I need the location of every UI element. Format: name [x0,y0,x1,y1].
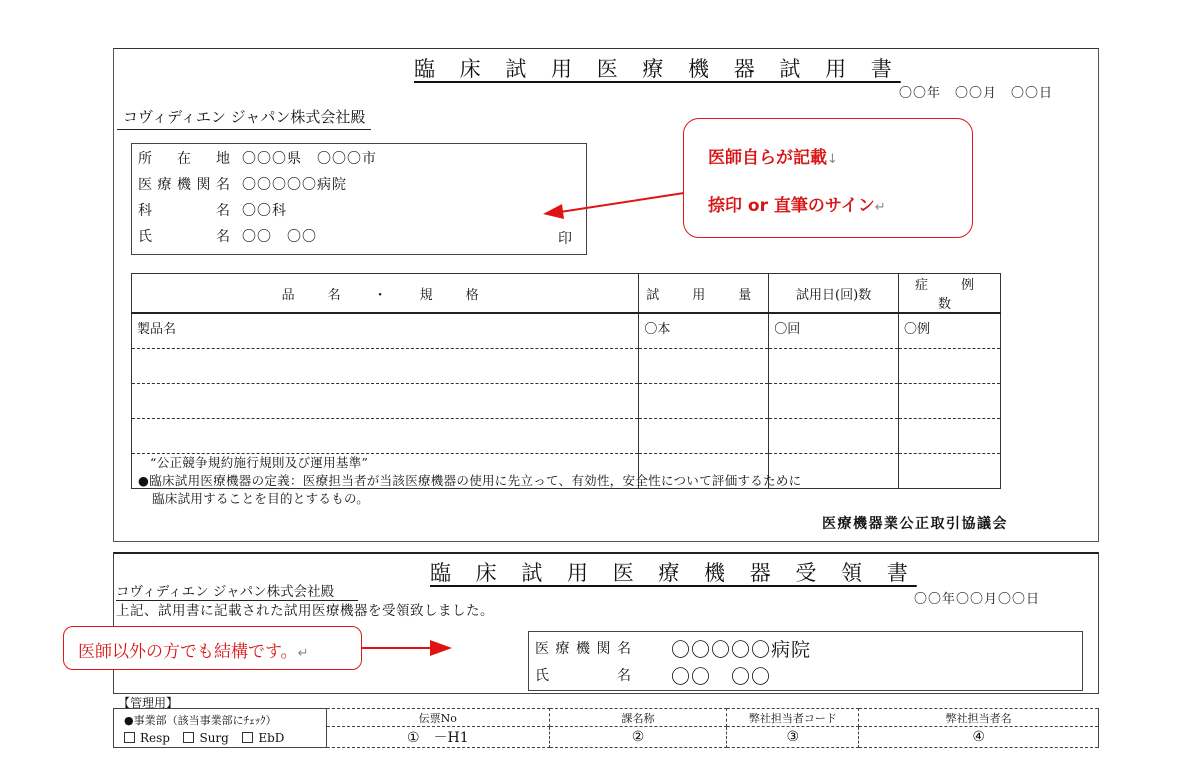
callout-line1-text: 医師自らが記載 [708,148,827,168]
trial-form-date: 〇〇年 〇〇月 〇〇日 [899,82,1053,101]
rep-name-value[interactable]: ④ [859,727,1099,748]
receipt-institution-label: 医療機関名 [535,638,631,658]
definition-note-line1: ●臨床試用医療機器の定義：医療担当者が当該医療機器の使用に先立って、有効性，安全… [138,471,802,489]
checkbox-ebd[interactable]: EbD [242,731,284,745]
item-table-header: 品 名 ・ 規 格 試 用 量 試用日(回)数 症 例 数 [132,274,1001,314]
trial-days-cell[interactable] [769,384,899,419]
cases-cell[interactable] [899,454,1001,489]
header-cases: 症 例 数 [899,274,1001,314]
receipt-name-label: 氏名 [535,665,631,685]
header-product-spec: 品 名 ・ 規 格 [132,274,639,314]
receipt-name-value[interactable]: 〇〇 〇〇 [671,662,771,689]
doctor-signature-callout: 医師自らが記載↓ 捺印 or 直筆のサイン↵ [683,118,973,238]
address-label: 所在地 [138,148,230,168]
sign-row-name: 氏名 〇〇 〇〇 [535,662,771,688]
receipt-institution-value[interactable]: 〇〇〇〇〇病院 [671,635,811,662]
header-trial-days: 試用日(回)数 [769,274,899,314]
header-quantity: 試 用 量 [639,274,769,314]
management-header-row: ●事業部（該当事業部にﾁｪｯｸ） Resp Surg EbD 伝票No 課名称 … [114,709,1099,727]
cases-cell[interactable] [899,349,1001,384]
checkbox-icon[interactable] [124,732,135,743]
trial-form-title: 臨 床 試 用 医 療 機 器 試 用 書 [414,53,901,83]
trial-days-cell[interactable] [769,349,899,384]
regulation-note-title: “公正競争規約施行規則及び運用基準” [150,453,368,471]
address-value[interactable]: 〇〇〇県 〇〇〇市 [242,148,377,168]
applicant-info-box: 所在地 〇〇〇県 〇〇〇市 医療機関名 〇〇〇〇〇病院 科名 〇〇科 氏名 〇〇… [131,143,587,255]
callout-line-doctor: 医師自らが記載↓ [708,143,838,168]
header-section-name: 課名称 [549,709,727,727]
association-name: 医療機器業公正取引協議会 [822,513,1008,533]
institution-label: 医療機関名 [138,174,230,194]
name-label: 氏名 [138,226,230,246]
department-title: ●事業部（該当事業部にﾁｪｯｸ） [124,712,326,728]
cases-cell[interactable] [899,419,1001,454]
table-row [132,384,1001,419]
checkbox-resp[interactable]: Resp [124,731,170,745]
callout-line2-text: 捺印 or 直筆のサイン [708,196,875,216]
section-name-value[interactable]: ② [549,727,727,748]
return-icon: ↵ [875,200,886,215]
product-cell[interactable]: 製品名 [132,313,639,349]
receipt-statement: 上記、試用書に記載された試用医療機器を受領致しました。 [116,599,494,619]
product-cell[interactable] [132,419,639,454]
callout-non-doctor-text: 医師以外の方でも結構です。 [78,642,298,662]
product-cell[interactable] [132,349,639,384]
cases-cell[interactable] [899,384,1001,419]
product-cell[interactable] [132,384,639,419]
info-row-address: 所在地 〇〇〇県 〇〇〇市 [138,146,377,170]
trial-days-cell[interactable]: 〇回 [769,313,899,349]
info-row-department: 科名 〇〇科 [138,198,287,222]
table-row [132,349,1001,384]
receipt-sign-box: 医療機関名 〇〇〇〇〇病院 氏名 〇〇 〇〇 [528,631,1083,691]
seal-mark[interactable]: 印 [558,228,572,248]
definition-note-line2: 臨床試用することを目的とするもの。 [152,489,369,507]
callout-non-doctor: 医師以外の方でも結構です。↵ [78,637,309,662]
institution-value[interactable]: 〇〇〇〇〇病院 [242,174,347,194]
quantity-cell[interactable] [639,419,769,454]
return-icon: ↵ [298,646,309,661]
checkbox-ebd-label: EbD [258,731,284,745]
cases-cell[interactable]: 〇例 [899,313,1001,349]
header-rep-code: 弊社担当者コード [727,709,859,727]
sign-row-institution: 医療機関名 〇〇〇〇〇病院 [535,635,811,661]
management-table: ●事業部（該当事業部にﾁｪｯｸ） Resp Surg EbD 伝票No 課名称 … [113,708,1099,748]
slip-no-value[interactable]: ① －H1 [326,727,549,748]
quantity-cell[interactable] [639,349,769,384]
table-row [132,419,1001,454]
receipt-form-title: 臨 床 試 用 医 療 機 器 受 領 書 [430,557,917,587]
checkbox-surg[interactable]: Surg [183,731,228,745]
rep-code-value[interactable]: ③ [727,727,859,748]
table-row: 製品名 〇本 〇回 〇例 [132,313,1001,349]
quantity-cell[interactable] [639,384,769,419]
callout-line-signature: 捺印 or 直筆のサイン↵ [708,191,886,216]
receipt-form-date: 〇〇年〇〇月〇〇日 [914,588,1040,607]
name-value[interactable]: 〇〇 〇〇 [242,226,317,246]
quantity-cell[interactable]: 〇本 [639,313,769,349]
checkbox-icon[interactable] [183,732,194,743]
header-slip-no: 伝票No [326,709,549,727]
non-doctor-callout: 医師以外の方でも結構です。↵ [63,626,362,670]
receipt-form: 臨 床 試 用 医 療 機 器 受 領 書 〇〇年〇〇月〇〇日 コヴィディエン … [113,552,1099,694]
checkbox-surg-label: Surg [199,731,228,745]
info-row-institution: 医療機関名 〇〇〇〇〇病院 [138,172,347,196]
department-cell: ●事業部（該当事業部にﾁｪｯｸ） Resp Surg EbD [114,709,327,748]
department-label: 科名 [138,200,230,220]
checkbox-icon[interactable] [242,732,253,743]
department-checkboxes: Resp Surg EbD [124,731,326,745]
trial-form-addressee: コヴィディエン ジャパン株式会社殿 [117,106,371,130]
trial-days-cell[interactable] [769,419,899,454]
line-break-icon: ↓ [827,152,838,167]
checkbox-resp-label: Resp [140,731,170,745]
department-value[interactable]: 〇〇科 [242,200,287,220]
header-rep-name: 弊社担当者名 [859,709,1099,727]
info-row-name: 氏名 〇〇 〇〇 [138,224,317,248]
receipt-addressee: コヴィディエン ジャパン株式会社殿 [116,580,358,601]
